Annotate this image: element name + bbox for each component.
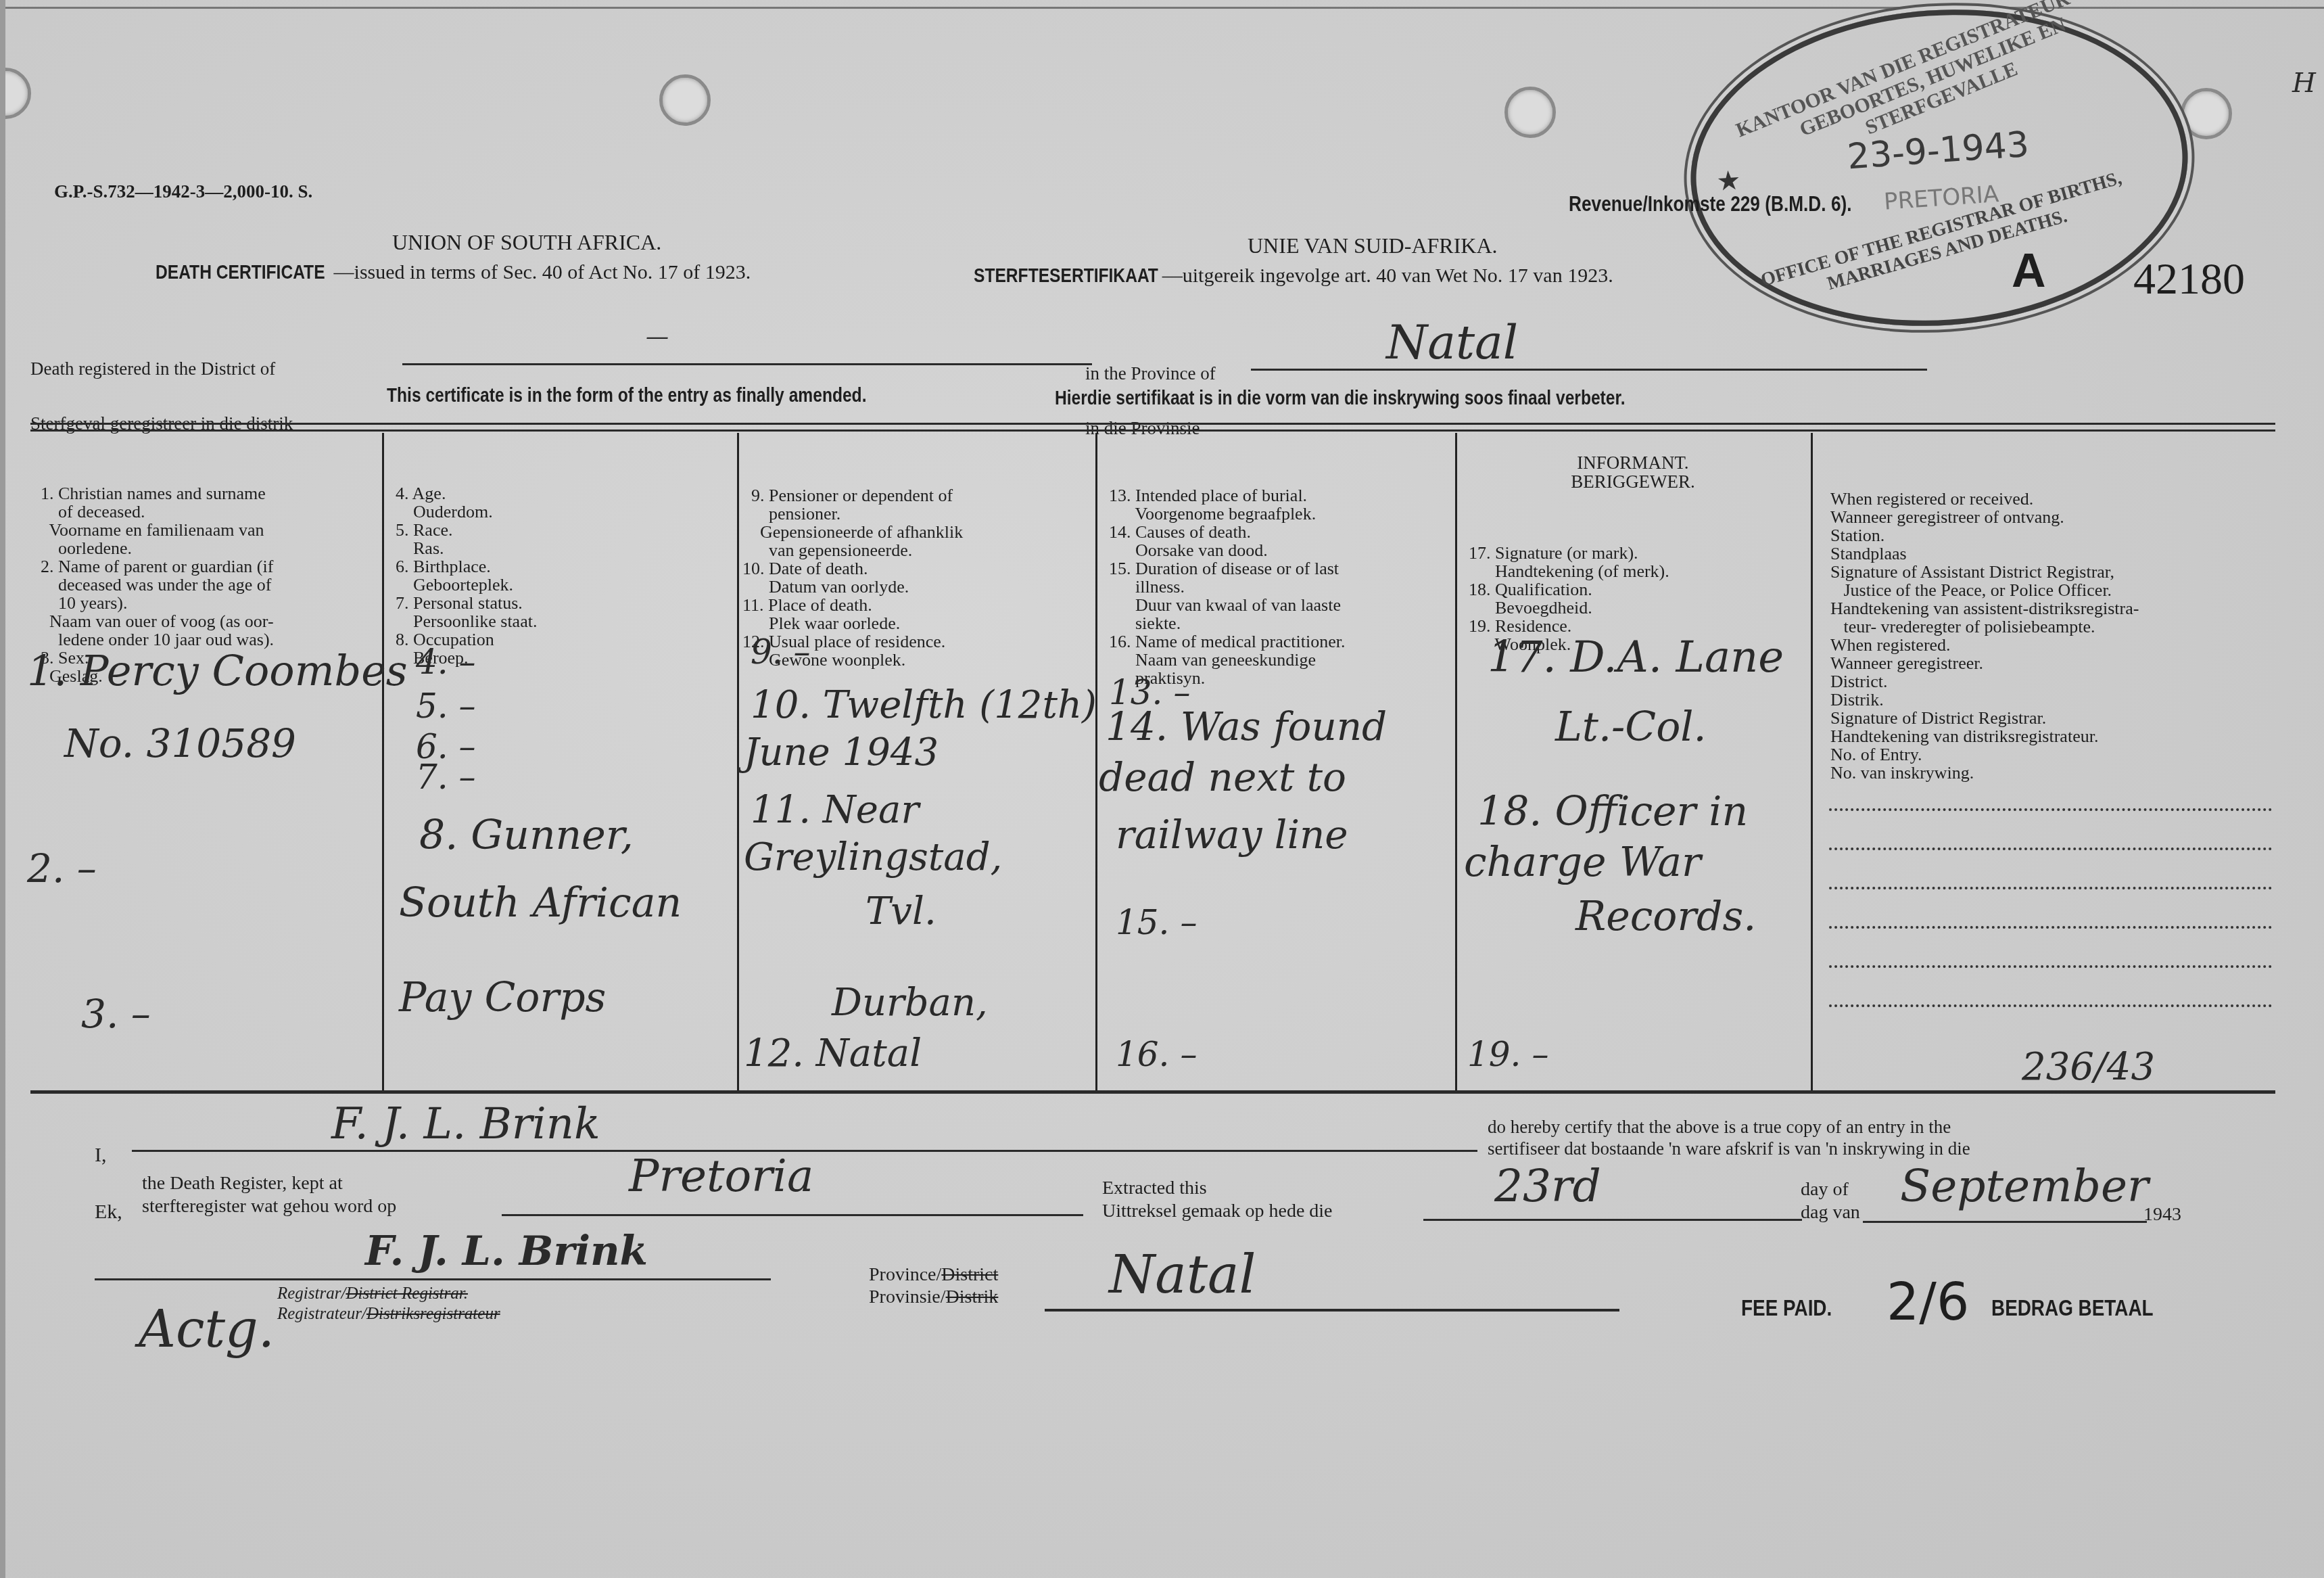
table-bottom-rule xyxy=(30,1090,2275,1094)
register-label: the Death Register, kept at sterfteregis… xyxy=(142,1172,396,1218)
act-reference-af: —uitgereik ingevolge art. 40 van Wet No.… xyxy=(1162,264,1613,287)
province-underline-bottom xyxy=(1045,1309,1619,1312)
revenue-code: Revenue/Inkomste 229 (B.M.D. 6). xyxy=(1569,191,1852,216)
punch-hole xyxy=(1504,87,1556,138)
punch-hole xyxy=(659,74,711,126)
age-value[interactable]: 4. – xyxy=(416,643,476,682)
residence-line-1[interactable]: Durban, xyxy=(832,981,988,1025)
register-place-underline xyxy=(502,1214,1083,1216)
month-value[interactable]: September xyxy=(1900,1160,2149,1212)
province-district-label: Province/District Provinsie/Distrik xyxy=(869,1263,998,1308)
certificate-title-af: STERFTESERTIFIKAAT—uitgereik ingevolge a… xyxy=(974,264,1613,287)
occupation-line-1[interactable]: 8. Gunner, xyxy=(419,812,634,859)
place-of-death-line-3[interactable]: Tvl. xyxy=(865,889,936,933)
i-label: I, Ek, xyxy=(95,1109,122,1259)
fee-paid-label-af: BEDRAG BETAAL xyxy=(1991,1295,2154,1322)
date-of-death-line-2[interactable]: June 1943 xyxy=(744,730,939,774)
sterftesertifikaat-heading: STERFTESERTIFIKAAT xyxy=(974,264,1158,287)
serial-number: 42180 xyxy=(2133,254,2245,305)
cause-of-death-line-2[interactable]: dead next to xyxy=(1099,754,1346,800)
entry-number[interactable]: 236/43 xyxy=(2022,1045,2155,1089)
month-underline xyxy=(1863,1221,2147,1223)
column-divider xyxy=(1095,433,1097,1092)
cause-of-death-line-3[interactable]: railway line xyxy=(1116,812,1348,858)
province-value-bottom[interactable]: Natal xyxy=(1109,1245,1256,1305)
race-value[interactable]: 5. – xyxy=(416,687,476,726)
district-value[interactable]: — xyxy=(646,323,669,350)
column-divider xyxy=(382,433,384,1092)
acting-annotation: Actg. xyxy=(139,1299,275,1359)
date-of-death-line-1[interactable]: 10. Twelfth (12th) xyxy=(751,683,1097,727)
registrar-name[interactable]: F. J. L. Brink xyxy=(331,1099,600,1149)
serial-letter: A xyxy=(2012,243,2046,298)
amended-note-af: Hierdie sertifikaat is in die vorm van d… xyxy=(1055,387,1626,410)
service-number[interactable]: No. 310589 xyxy=(64,720,296,766)
registry-blank-line xyxy=(1829,965,2272,968)
column-divider xyxy=(1811,433,1813,1092)
informant-heading: INFORMANT. BERIGGEWER. xyxy=(1455,453,1811,491)
form-code: G.P.-S.732—1942-3—2,000-10. S. xyxy=(54,181,312,202)
register-place[interactable]: Pretoria xyxy=(629,1150,813,1202)
place-of-death-line-1[interactable]: 11. Near xyxy=(751,788,919,832)
extracted-label: Extracted this Uittreksel gemaak op hede… xyxy=(1102,1177,1333,1223)
page-edge xyxy=(0,0,5,1578)
day-underline xyxy=(1423,1219,1802,1221)
year-value: 1943 xyxy=(2143,1204,2181,1226)
parent-name-value[interactable]: 2. – xyxy=(27,845,97,891)
col6-labels: When registered or received.Wanneer gere… xyxy=(1830,453,2139,818)
pensioner-value[interactable]: 9. – xyxy=(751,632,811,672)
registry-blank-line xyxy=(1829,887,2272,889)
registrar-office-stamp: KANTOOR VAN DIE REGISTRATEUR VAN GEBOORT… xyxy=(1680,0,2199,342)
signature-underline xyxy=(95,1278,771,1280)
qualification-line-3[interactable]: Records. xyxy=(1575,893,1756,940)
district-underline xyxy=(402,363,1092,365)
act-reference-en: —issued in terms of Sec. 40 of Act No. 1… xyxy=(334,261,751,283)
informant-rank[interactable]: Lt.-Col. xyxy=(1555,703,1707,751)
cause-of-death-line-1[interactable]: 14. Was found xyxy=(1106,703,1387,749)
registrar-signature[interactable]: F. J. L. Brink xyxy=(365,1228,648,1275)
certificate-title-en: DEATH CERTIFICATE—issued in terms of Sec… xyxy=(156,260,751,284)
deceased-name[interactable]: 1. Percy Coombes xyxy=(27,646,408,695)
registry-blank-line xyxy=(1829,1004,2272,1007)
death-certificate-page: KANTOOR VAN DIE REGISTRATEUR VAN GEBOORT… xyxy=(0,0,2324,1578)
occupation-line-2[interactable]: South African xyxy=(399,879,682,927)
top-edge xyxy=(0,7,2324,9)
sex-value[interactable]: 3. – xyxy=(81,991,151,1037)
registry-blank-line xyxy=(1829,848,2272,850)
day-of-label: day of dag van xyxy=(1801,1178,1860,1224)
registry-blank-line xyxy=(1829,926,2272,929)
residence-line-2[interactable]: 12. Natal xyxy=(744,1031,922,1075)
amended-note-en: This certificate is in the form of the e… xyxy=(387,384,866,407)
column-divider xyxy=(1455,433,1457,1092)
province-underline xyxy=(1251,369,1927,371)
registry-blank-line xyxy=(1829,808,2272,811)
place-of-death-line-2[interactable]: Greylingstad, xyxy=(744,835,1002,879)
punch-hole xyxy=(2181,88,2232,139)
personal-status-value[interactable]: 7. – xyxy=(416,758,476,797)
title-en: UNION OF SOUTH AFRICA. xyxy=(392,230,661,255)
fee-value[interactable]: 2/6 xyxy=(1887,1272,1969,1332)
medical-practitioner-value[interactable]: 16. – xyxy=(1116,1035,1197,1074)
title-af: UNIE VAN SUID-AFRIKA. xyxy=(1248,233,1498,258)
certify-statement: do hereby certify that the above is a tr… xyxy=(1488,1116,1970,1159)
day-value[interactable]: 23rd xyxy=(1494,1160,1601,1212)
column-divider xyxy=(737,433,739,1092)
table-top-rule xyxy=(30,423,2275,425)
province-value[interactable]: Natal xyxy=(1386,315,1518,370)
qualification-line-1[interactable]: 18. Officer in xyxy=(1477,788,1748,835)
qualification-line-2[interactable]: charge War xyxy=(1464,839,1701,886)
registrar-role: Registrar/District Registrar. Registrate… xyxy=(277,1284,500,1324)
table-top-rule-2 xyxy=(30,430,2275,432)
informant-signature[interactable]: 17. D.A. Lane xyxy=(1488,632,1784,682)
death-certificate-heading: DEATH CERTIFICATE xyxy=(156,261,325,284)
corner-initial: H xyxy=(2292,68,2316,99)
informant-residence-value[interactable]: 19. – xyxy=(1467,1035,1548,1074)
occupation-line-3[interactable]: Pay Corps xyxy=(399,974,606,1021)
duration-value[interactable]: 15. – xyxy=(1116,903,1197,942)
fee-paid-label: FEE PAID. xyxy=(1741,1295,1832,1322)
